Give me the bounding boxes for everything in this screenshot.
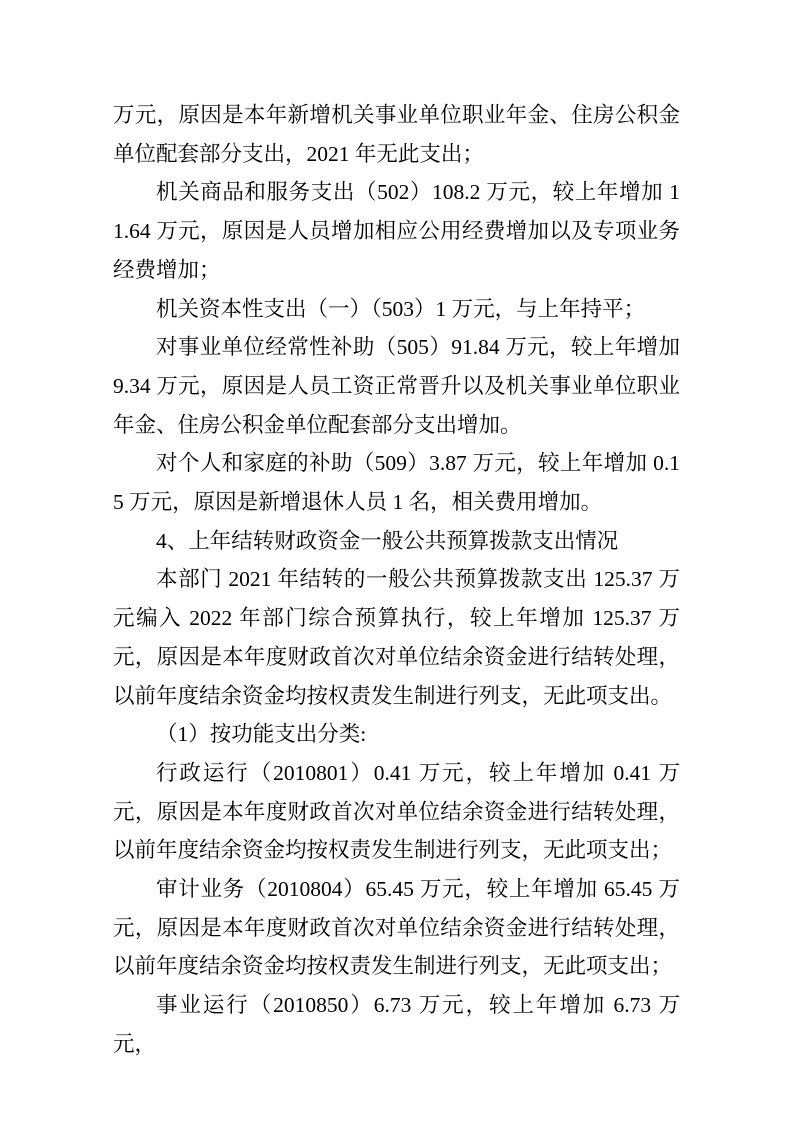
paragraph-institution-operation-2010850: 事业运行（2010850）6.73 万元，较上年增加 6.73 万元，: [113, 986, 680, 1063]
subsection-heading-1-functional-classification: （1）按功能支出分类:: [113, 715, 680, 754]
section-heading-4-carryover-funds: 4、上年结转财政资金一般公共预算拨款支出情况: [113, 522, 680, 561]
paragraph-audit-business-2010804: 审计业务（2010804）65.45 万元，较上年增加 65.45 万元，原因是…: [113, 870, 680, 986]
paragraph-administrative-operation-2010801: 行政运行（2010801）0.41 万元，较上年增加 0.41 万元，原因是本年…: [113, 754, 680, 870]
paragraph-individual-family-subsidy-509: 对个人和家庭的补助（509）3.87 万元，较上年增加 0.15 万元，原因是新…: [113, 444, 680, 521]
paragraph-capital-expenditure-503: 机关资本性支出（一）（503）1 万元，与上年持平；: [113, 290, 680, 329]
document-text-block: 万元，原因是本年新增机关事业单位职业年金、住房公积金单位配套部分支出，2021 …: [113, 96, 680, 1064]
paragraph-continuation-pension-housing: 万元，原因是本年新增机关事业单位职业年金、住房公积金单位配套部分支出，2021 …: [113, 96, 680, 173]
paragraph-goods-services-expenditure-502: 机关商品和服务支出（502）108.2 万元，较上年增加 11.64 万元，原因…: [113, 173, 680, 289]
document-page: 万元，原因是本年新增机关事业单位职业年金、住房公积金单位配套部分支出，2021 …: [0, 0, 793, 1122]
paragraph-institution-subsidy-505: 对事业单位经常性补助（505）91.84 万元，较上年增加 9.34 万元，原因…: [113, 328, 680, 444]
paragraph-carryover-overview-2021: 本部门 2021 年结转的一般公共预算拨款支出 125.37 万元编入 2022…: [113, 560, 680, 715]
